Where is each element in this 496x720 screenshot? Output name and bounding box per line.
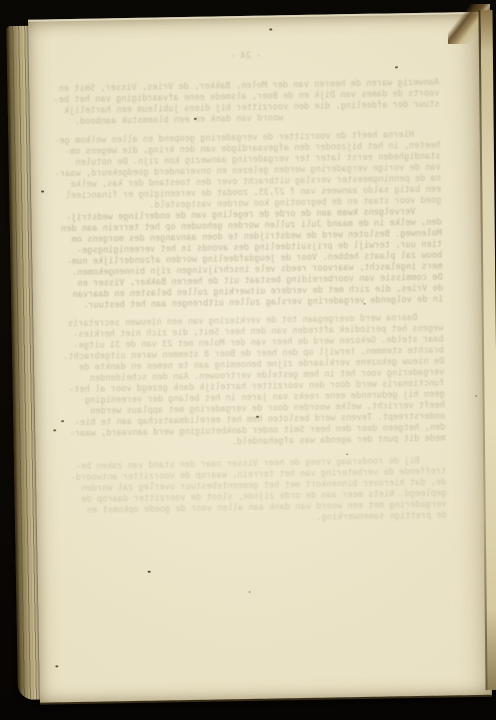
scanned-book-page: - 24 -Aanwezig waren de heeren van der M…	[0, 0, 496, 720]
bleed-paragraph: Daarna werd overgegaan tot de verkiezing…	[57, 313, 445, 452]
bleed-column: - 24 -Aanwezig waren de heeren van der M…	[52, 13, 450, 703]
bleed-paragraph: Vervolgens kwam aan de orde de regeling …	[55, 207, 443, 313]
blank-page: - 24 -Aanwezig waren de heeren van der M…	[28, 12, 492, 703]
bleed-through-line: - 24 -	[53, 48, 439, 66]
bleed-paragraph: Aanwezig waren de heeren van der Molen, …	[53, 78, 440, 129]
bleed-paragraph: Bij de rondvraag vroeg de heer Visser na…	[60, 456, 447, 529]
bleed-paragraph: - 24 -	[53, 48, 439, 66]
bleed-paragraph: Hierna heeft de voorzitter de vergaderin…	[54, 130, 441, 214]
bleed-through-layer: - 24 -Aanwezig waren de heeren van der M…	[28, 12, 492, 703]
paper-specks	[41, 190, 44, 192]
book-block: - 24 -Aanwezig waren de heeren van der M…	[0, 12, 492, 703]
